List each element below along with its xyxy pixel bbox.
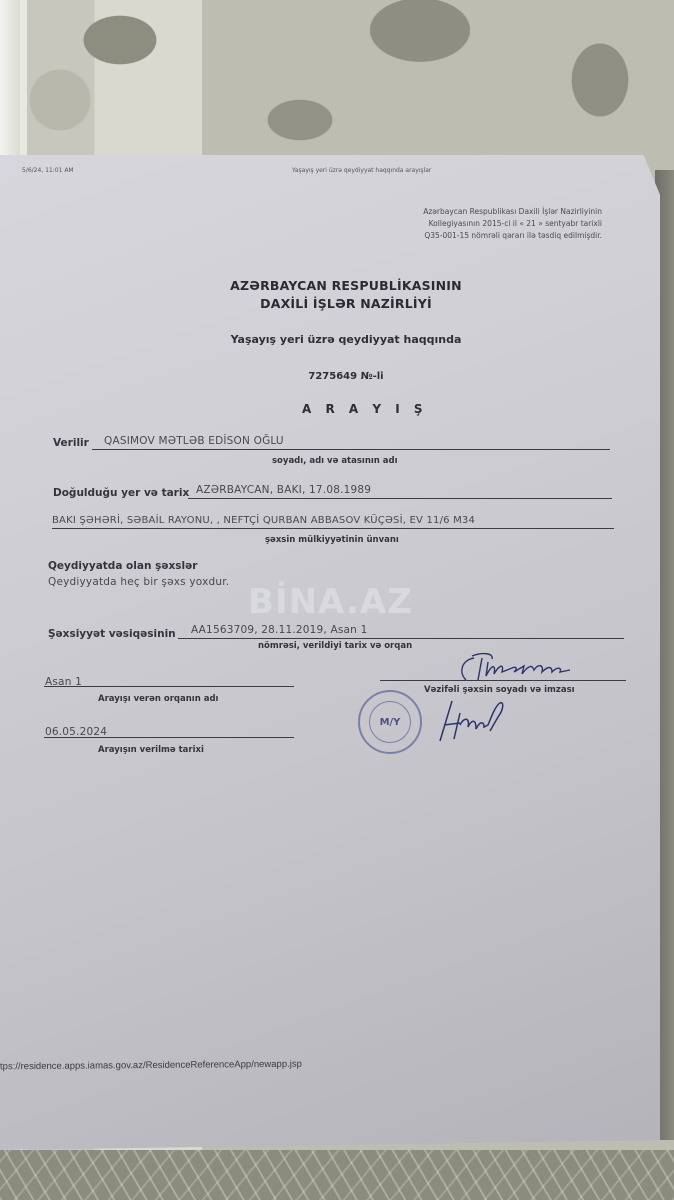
id-label: Şəxsiyyət vəsiqəsinin bbox=[48, 628, 176, 640]
ministry-title-2: DAXİLİ İŞLƏR NAZİRLİYİ bbox=[196, 296, 496, 311]
id-caption: nömrəsi, verildiyi tarix və orqan bbox=[258, 641, 412, 651]
issued-to-value: QASIMOV MƏTLƏB EDİSON OĞLU bbox=[104, 435, 284, 447]
address-underline bbox=[52, 528, 614, 529]
official-signature-upper bbox=[452, 650, 592, 684]
document-subject: Yaşayış yeri üzrə qeydiyyat haqqında bbox=[196, 333, 496, 346]
ministry-title-1: AZƏRBAYCAN RESPUBLİKASININ bbox=[196, 278, 496, 293]
official-caption: Vəzifəli şəxsin soyadı və imzası bbox=[424, 685, 575, 695]
document-type: A R A Y I Ş bbox=[302, 402, 428, 416]
registered-heading: Qeydiyyatda olan şəxslər bbox=[48, 560, 197, 572]
window-light bbox=[0, 0, 20, 155]
watermark: BİNA.AZ bbox=[248, 582, 413, 622]
approval-line-2: Kollegiyasının 2015-ci il « 21 » sentyab… bbox=[423, 218, 602, 230]
tablecloth bbox=[0, 1150, 674, 1200]
print-title: Yaşayış yeri üzrə qeydiyyat haqqında ara… bbox=[292, 167, 431, 174]
issuer-underline bbox=[44, 686, 294, 687]
stamp-emblem: M/Y bbox=[369, 701, 411, 743]
address-value: BAKI ŞƏHƏRİ, SƏBAİL RAYONU, , NEFTÇİ QUR… bbox=[52, 515, 475, 526]
issue-date-caption: Arayışın verilmə tarixi bbox=[98, 745, 204, 755]
registered-value: Qeydiyyatda heç bir şəxs yoxdur. bbox=[48, 576, 229, 588]
issued-to-caption: soyadı, adı və atasının adı bbox=[272, 456, 398, 466]
id-value: AA1563709, 28.11.2019, Asan 1 bbox=[191, 624, 367, 636]
approval-note: Azərbaycan Respublikası Daxili İşlər Naz… bbox=[423, 206, 602, 242]
official-underline bbox=[380, 680, 626, 681]
approval-line-1: Azərbaycan Respublikası Daxili İşlər Naz… bbox=[423, 206, 602, 218]
address-caption: şəxsin mülkiyyətinin ünvanı bbox=[265, 535, 399, 545]
issued-to-label: Verilir bbox=[53, 437, 89, 449]
id-underline bbox=[178, 638, 624, 639]
approval-line-3: Q35-001-15 nömrəli qərarı ilə təsdiq edi… bbox=[423, 230, 602, 242]
official-stamp: M/Y bbox=[358, 690, 422, 754]
birth-label: Doğulduğu yer və tarix bbox=[53, 487, 189, 499]
issue-date-underline bbox=[44, 737, 294, 738]
issuer-caption: Arayışı verən orqanın adı bbox=[98, 694, 218, 704]
birth-underline bbox=[188, 498, 612, 499]
official-signature-lower bbox=[430, 695, 520, 745]
issued-to-underline bbox=[92, 449, 610, 450]
birth-value: AZƏRBAYCAN, BAKI, 17.08.1989 bbox=[196, 484, 371, 496]
print-datetime: 5/6/24, 11:01 AM bbox=[22, 167, 74, 174]
document-number: 7275649 №-li bbox=[196, 371, 496, 382]
